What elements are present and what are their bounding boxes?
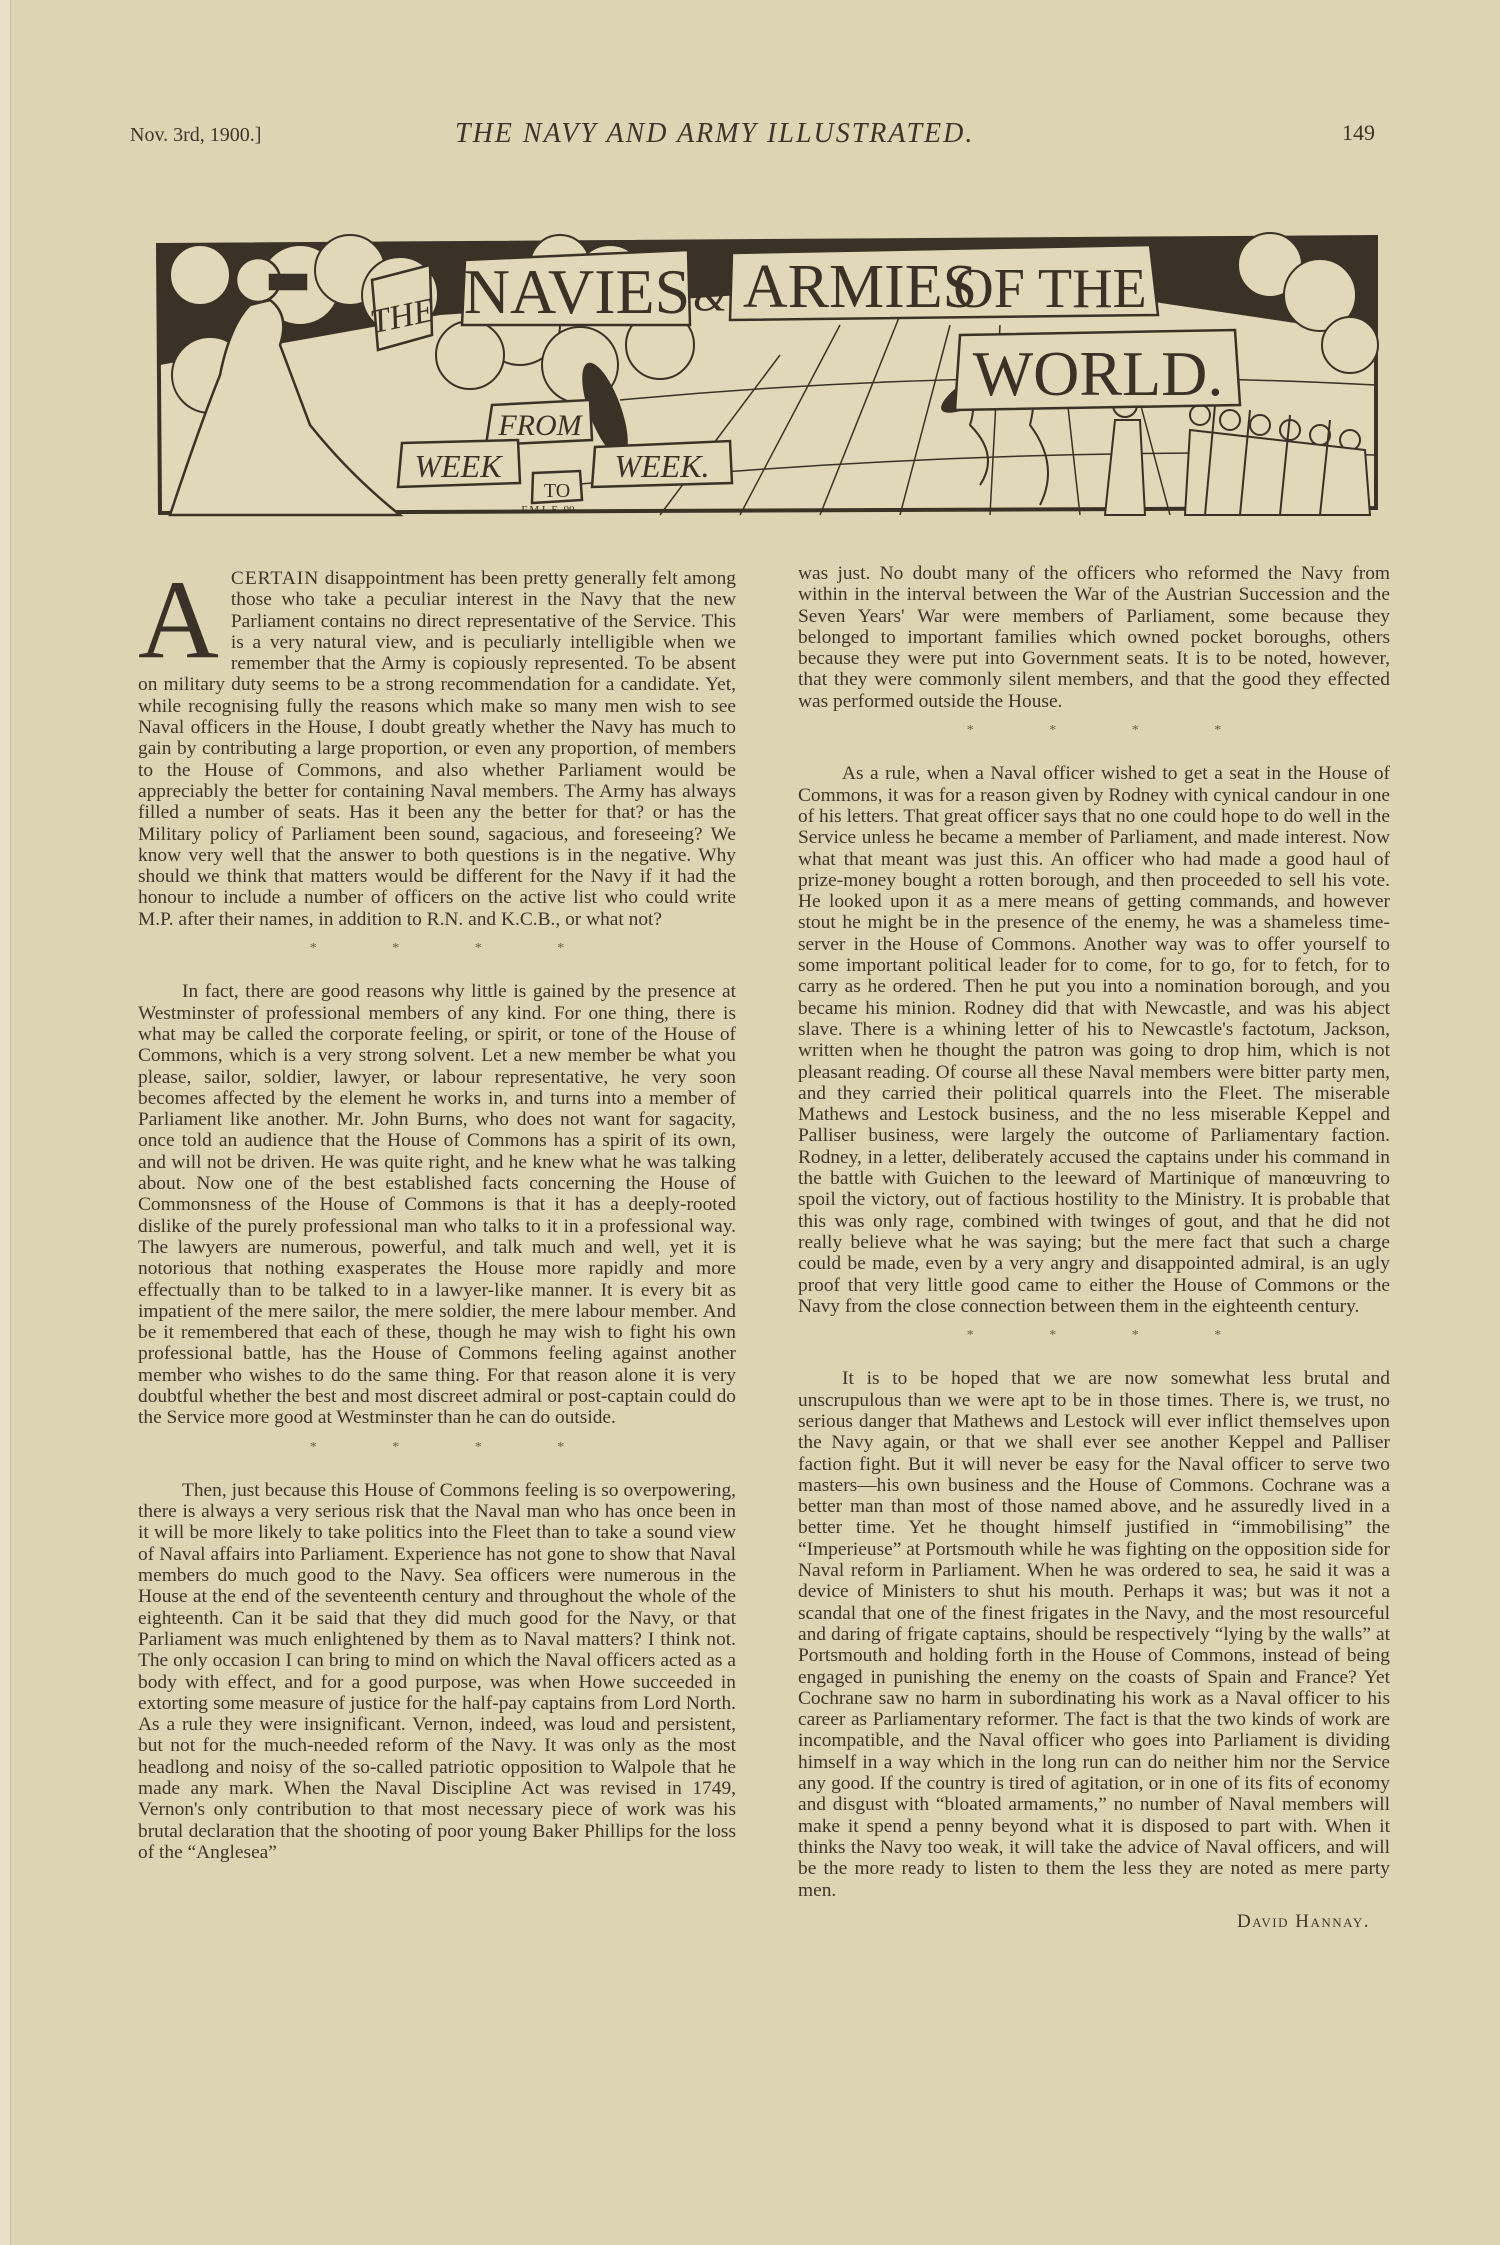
article-paragraph-1: ACERTAIN disappointment has been pretty …	[138, 568, 736, 930]
lead-word: CERTAIN	[231, 568, 319, 589]
article-paragraph-3-continued: was just. No doubt many of the officers …	[798, 563, 1390, 712]
issue-date: Nov. 3rd, 1900.]	[130, 124, 261, 147]
drop-cap: A	[138, 576, 219, 664]
banner-word-world: WORLD.	[973, 338, 1224, 409]
article-paragraph-2: In fact, there are good reasons why litt…	[138, 981, 736, 1428]
section-break: * * * *	[138, 938, 736, 959]
article-paragraph-5: It is to be hoped that we are now somewh…	[798, 1368, 1390, 1900]
banner-ampersand: &	[693, 271, 728, 320]
banner-word-navies: NAVIES	[464, 256, 690, 327]
banner-word-of-the: OF THE	[953, 258, 1146, 320]
paragraph-text: disappointment has been pretty generally…	[138, 568, 736, 930]
page-edge	[0, 0, 11, 2245]
header-illustration: THE NAVIES & ARMIES OF THE WORLD. FROM W…	[140, 225, 1382, 520]
section-break: * * * *	[798, 1325, 1390, 1346]
publication-title: THE NAVY AND ARMY ILLUSTRATED.	[455, 118, 974, 150]
banner-word-from: FROM	[497, 409, 583, 442]
author-signature: David Hannay.	[798, 1911, 1390, 1932]
banner-word-to: TO	[544, 480, 570, 502]
section-break: * * * *	[798, 720, 1390, 741]
banner-word-week: WEEK	[414, 448, 503, 484]
banner-artwork-icon: THE NAVIES & ARMIES OF THE WORLD. FROM W…	[140, 225, 1382, 520]
article-column-left: ACERTAIN disappointment has been pretty …	[138, 568, 736, 1863]
page-number: 149	[1342, 120, 1375, 146]
running-head: Nov. 3rd, 1900.] THE NAVY AND ARMY ILLUS…	[130, 118, 1375, 158]
section-break: * * * *	[138, 1437, 736, 1458]
artist-signature: F.M.L.E. 99	[521, 504, 575, 516]
article-paragraph-3: Then, just because this House of Commons…	[138, 1480, 736, 1863]
banner-word-armies: ARMIES	[743, 253, 977, 321]
article-column-right: was just. No doubt many of the officers …	[798, 563, 1390, 1932]
article-paragraph-4: As a rule, when a Naval officer wished t…	[798, 763, 1390, 1317]
banner-word-week-2: WEEK.	[614, 448, 709, 484]
